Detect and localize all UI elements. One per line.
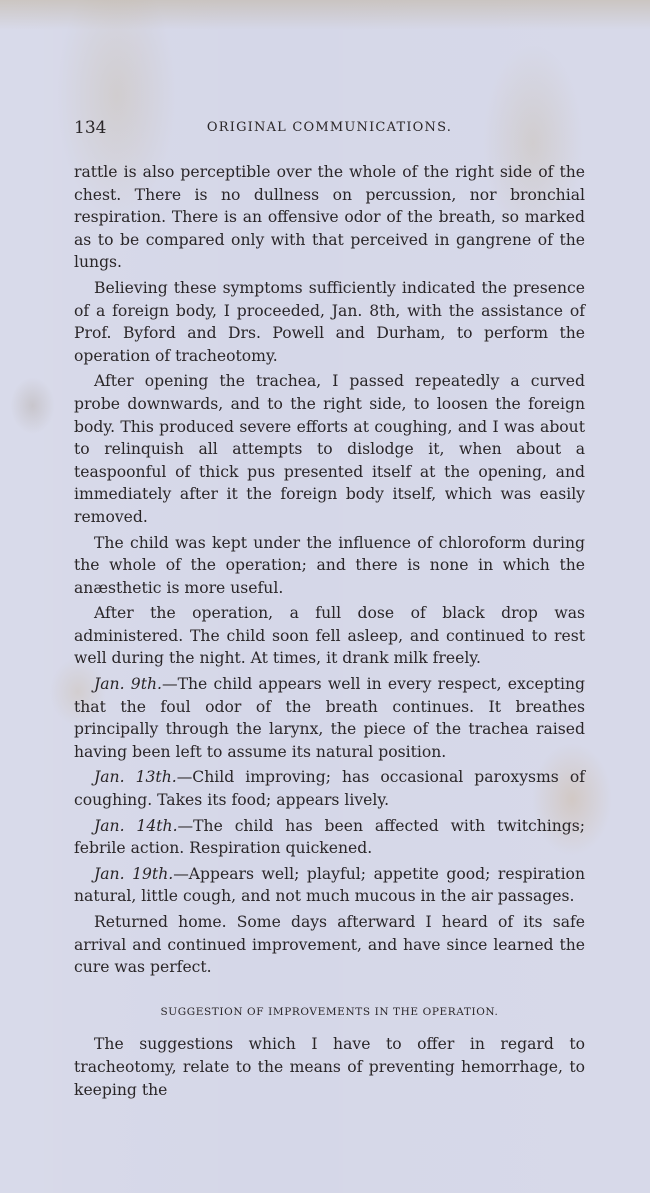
- dated-entry: Jan. 13th.—Child improving; has occasion…: [74, 766, 585, 811]
- dated-entry: Jan. 9th.—The child appears well in ever…: [74, 673, 585, 763]
- paragraph: After opening the trachea, I passed repe…: [74, 370, 585, 528]
- paragraph: Believing these symptoms sufficiently in…: [74, 277, 585, 367]
- paragraph: The child was kept under the influence o…: [74, 532, 585, 600]
- paragraph: The suggestions which I have to offer in…: [74, 1033, 585, 1101]
- entry-date: Jan. 13th.: [94, 768, 177, 786]
- section-heading: SUGGESTION OF IMPROVEMENTS IN THE OPERAT…: [74, 1001, 585, 1024]
- book-page: 134 ORIGINAL COMMUNICATIONS. rattle is a…: [74, 118, 585, 1101]
- paragraph: rattle is also perceptible over the whol…: [74, 161, 585, 274]
- body-text: rattle is also perceptible over the whol…: [74, 161, 585, 1101]
- running-head: 134 ORIGINAL COMMUNICATIONS.: [74, 118, 585, 142]
- paragraph: After the operation, a full dose of blac…: [74, 602, 585, 670]
- dated-entry: Jan. 14th.—The child has been affected w…: [74, 815, 585, 860]
- entry-date: Jan. 9th.: [94, 675, 162, 693]
- entry-date: Jan. 19th.: [94, 865, 173, 883]
- dated-entry: Jan. 19th.—Appears well; playful; appeti…: [74, 863, 585, 908]
- paragraph: Returned home. Some days afterward I hea…: [74, 911, 585, 979]
- running-title: ORIGINAL COMMUNICATIONS.: [74, 120, 585, 135]
- entry-date: Jan. 14th.: [94, 817, 178, 835]
